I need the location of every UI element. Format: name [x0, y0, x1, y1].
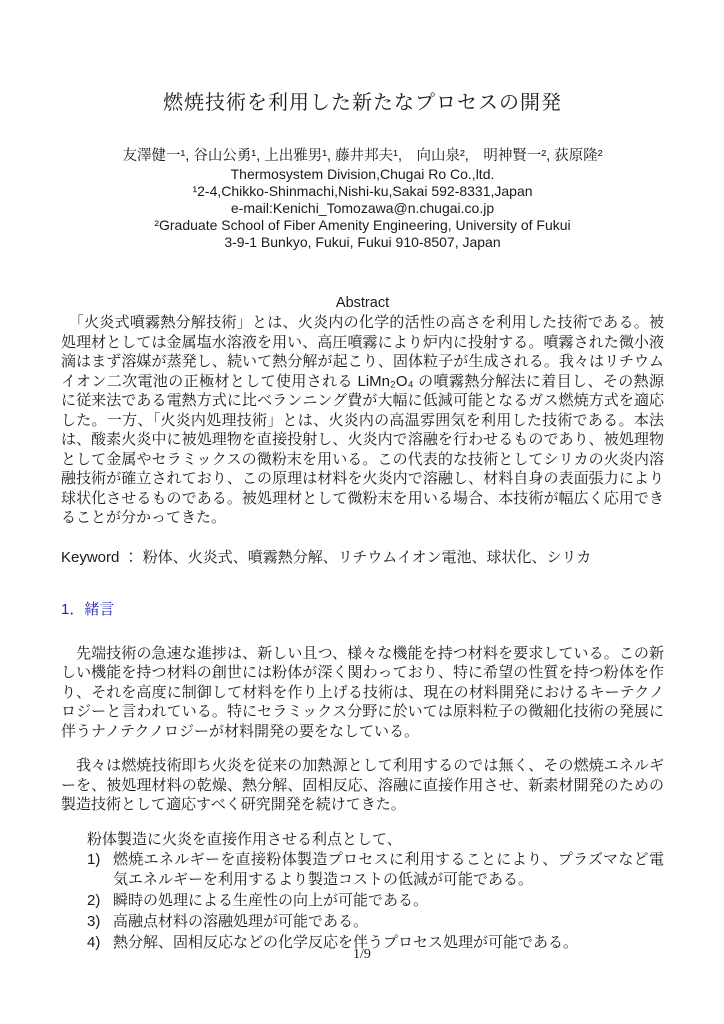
section-1-paragraph-2: 我々は燃焼技術即ち火炎を従来の加熱源として利用するのでは無く、その燃焼エネルギー… [61, 756, 664, 815]
affiliation-block: Thermosystem Division,Chugai Ro Co.,ltd.… [61, 166, 664, 251]
affiliation-line-address-2: 3-9-1 Bunkyo, Fukui, Fukui 910-8507, Jap… [61, 234, 664, 251]
paper-title: 燃焼技術を利用した新たなプロセスの開発 [61, 90, 664, 116]
advantage-list-lead: 粉体製造に火炎を直接作用させる利点として、 [61, 830, 664, 850]
section-1-paragraph-1: 先端技術の急速な進捗は、新しい且つ、様々な機能を持つ材料を要求している。この新し… [61, 644, 664, 742]
list-item: 1) 燃焼エネルギーを直接粉体製造プロセスに利用することにより、プラズマなど電気… [61, 850, 664, 890]
list-item-number: 2) [87, 891, 113, 911]
affiliation-line-university: ²Graduate School of Fiber Amenity Engine… [61, 217, 664, 234]
list-item: 2) 瞬時の処理による生産性の向上が可能である。 [61, 891, 664, 911]
advantage-list: 1) 燃焼エネルギーを直接粉体製造プロセスに利用することにより、プラズマなど電気… [61, 850, 664, 953]
list-item-number: 1) [87, 850, 113, 890]
page-number: 1/9 [0, 946, 724, 963]
paper-page: 燃焼技術を利用した新たなプロセスの開発 友澤健一¹, 谷山公勇¹, 上出雅男¹,… [0, 0, 724, 1024]
section-1-heading: 1．緒言 [61, 600, 664, 620]
affiliation-line-email: e-mail:Kenichi_Tomozawa@n.chugai.co.jp [61, 200, 664, 217]
abstract-paragraph: 「火炎式噴霧熱分解技術」とは、火炎内の化学的活性の高さを利用した技術である。被処… [61, 313, 664, 528]
author-line: 友澤健一¹, 谷山公勇¹, 上出雅男¹, 藤井邦夫¹, 向山泉², 明神賢一²,… [61, 147, 664, 165]
list-item-text: 燃焼エネルギーを直接粉体製造プロセスに利用することにより、プラズマなど電気エネル… [113, 850, 664, 890]
affiliation-line-address-1: ¹2-4,Chikko-Shinmachi,Nishi-ku,Sakai 592… [61, 183, 664, 200]
abstract-label: Abstract [61, 294, 664, 312]
keyword-line: Keyword ： 粉体、火炎式、噴霧熱分解、リチウムイオン電池、球状化、シリカ [61, 548, 664, 567]
list-item: 3) 高融点材料の溶融処理が可能である。 [61, 912, 664, 932]
list-item-text: 瞬時の処理による生産性の向上が可能である。 [113, 891, 664, 911]
page-content: 燃焼技術を利用した新たなプロセスの開発 友澤健一¹, 谷山公勇¹, 上出雅男¹,… [61, 0, 664, 953]
list-item-number: 3) [87, 912, 113, 932]
list-item-text: 高融点材料の溶融処理が可能である。 [113, 912, 664, 932]
affiliation-line-division: Thermosystem Division,Chugai Ro Co.,ltd. [61, 166, 664, 183]
